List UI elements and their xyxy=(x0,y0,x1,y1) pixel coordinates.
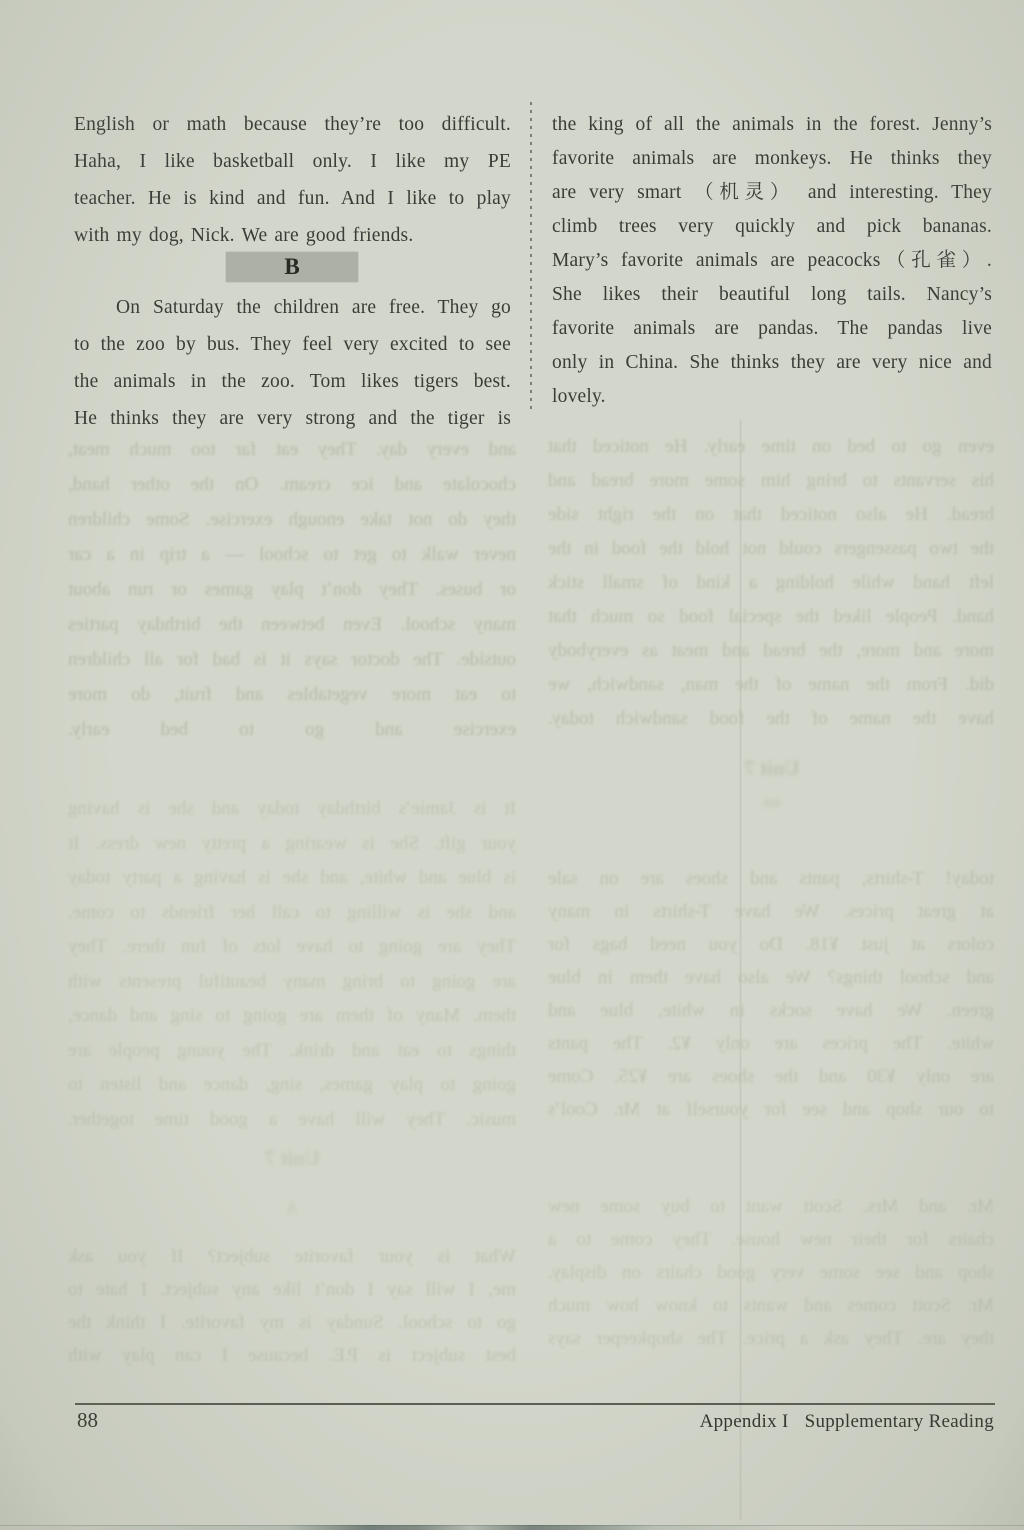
paragraph-b: On Saturday the children are free. They … xyxy=(74,289,511,437)
bleed-through-line: shop and see some very good chairs on di… xyxy=(548,1256,994,1289)
bleed-through-line: They are going to have lots of fun there… xyxy=(68,930,516,965)
bleed-through-line: hand. People liked the special food so m… xyxy=(548,600,994,634)
scanned-textbook-page: and every day. They eat far too much mea… xyxy=(0,0,1024,1530)
footer-appendix-label: Appendix I xyxy=(700,1411,789,1432)
bleed-through-line: at great prices. We have T-shirts in man… xyxy=(548,895,994,928)
bleed-through-line: Mr. and Mrs. Scott want to buy some new xyxy=(548,1190,994,1223)
bleed-through-line: did. From the name of the man, sandwich,… xyxy=(548,668,994,702)
bleed-through-line: and every day. They eat far too much mea… xyxy=(68,432,516,467)
text-line: to the zoo by bus. They feel very excite… xyxy=(74,326,511,363)
text-line: English or math because they’re too diff… xyxy=(74,106,511,143)
bleed-through-line: his servants to bring him some more brea… xyxy=(548,464,994,498)
text-line: with my dog, Nick. We are good friends. xyxy=(74,217,511,254)
bleed-through-line: many school. Even between the birthday p… xyxy=(68,607,516,642)
bleed-through-line: to eat more vegetables and fruit, do mor… xyxy=(68,677,516,712)
page-bottom-edge-shadow xyxy=(0,1525,1024,1530)
bleed-through-line: going to play games, sing, dance and lis… xyxy=(68,1068,516,1103)
text-line: He thinks they are very strong and the t… xyxy=(74,400,511,437)
bleed-through-line: they do not take enough exercise. Some c… xyxy=(68,502,516,537)
text-line: are very smart （机灵） and interesting. The… xyxy=(552,176,992,210)
bleed-through-line: to our shop and see for yourself at Mr. … xyxy=(548,1093,994,1126)
bleed-through-text-block: It is Jamie’s birthday today and she is … xyxy=(68,792,516,1137)
bleed-through-line: even go to bed on time early. He noticed… xyxy=(548,430,994,464)
bleed-through-line: best subject is P.E. because I can play … xyxy=(68,1339,516,1372)
bleed-through-line: things to eat and drink. The young peopl… xyxy=(68,1034,516,1069)
bleed-through-line: are only ¥30 and the shoes are ¥25. Come xyxy=(548,1060,994,1093)
bleed-through-unit-heading: Unit 7 xyxy=(552,756,992,781)
bleed-through-line: your gift. She is wearing a pretty new d… xyxy=(68,827,516,862)
text-line: climb trees very quickly and pick banana… xyxy=(552,210,992,244)
bleed-through-line: chairs for their new house. They come to… xyxy=(548,1223,994,1256)
bleed-through-line: It is Jamie’s birthday today and she is … xyxy=(68,792,516,827)
bleed-through-line: are going to bring many beautiful presen… xyxy=(68,965,516,1000)
bleed-through-line: exercise and go to bed early. xyxy=(68,712,516,747)
footer-rule xyxy=(75,1403,995,1405)
bleed-through-unit-heading: Unit 7 xyxy=(74,1146,511,1171)
text-line: favorite animals are monkeys. He thinks … xyxy=(552,142,992,176)
text-line: She likes their beautiful long tails. Na… xyxy=(552,278,992,312)
page-number: 88 xyxy=(77,1408,98,1433)
footer-title: Supplementary Reading xyxy=(805,1411,994,1432)
bleed-through-text-block: and every day. They eat far too much mea… xyxy=(68,432,516,747)
bleed-through-line: is blue and white, and she is having a p… xyxy=(68,861,516,896)
bleed-through-text-block: today! T-shirts, pants and shoes are on … xyxy=(548,862,994,1126)
bleed-through-line: me, I will say I don’t like any subject.… xyxy=(68,1273,516,1306)
bleed-through-line: left hand while holding a kind of small … xyxy=(548,566,994,600)
bleed-through-line: Mr. Scott comes and wants to know how mu… xyxy=(548,1289,994,1322)
text-line: the animals in the zoo. Tom likes tigers… xyxy=(74,363,511,400)
bleed-through-line: music. They will have a good time togeth… xyxy=(68,1103,516,1138)
bleed-through-line: white. The prices are only ¥2. The pants xyxy=(548,1027,994,1060)
bleed-through-line: What is your favorite subject? If you as… xyxy=(68,1240,516,1273)
bleed-through-line: the two passengers could not hold the fo… xyxy=(548,532,994,566)
bleed-through-line: chocolate and ice cream. On the other ha… xyxy=(68,467,516,502)
column-divider-dotted-line xyxy=(530,102,532,414)
paragraph-a-continuation: English or math because they’re too diff… xyxy=(74,106,511,254)
bleed-through-line: or buses. They don’t play games or run a… xyxy=(68,572,516,607)
bleed-through-line: today! T-shirts, pants and shoes are on … xyxy=(548,862,994,895)
section-b-heading: B xyxy=(226,252,358,282)
footer-caption: Appendix ISupplementary Reading xyxy=(700,1411,994,1433)
bleed-through-line: colors at just ¥18. Do you need bags for xyxy=(548,928,994,961)
bleed-through-line: go to school. Sunday is my favorite. I t… xyxy=(68,1306,516,1339)
bleed-through-line: them. Many of them are going to sing and… xyxy=(68,999,516,1034)
bleed-through-unit-sub: A xyxy=(74,1200,511,1218)
paragraph-b-continuation: the king of all the animals in the fores… xyxy=(552,108,992,414)
scan-crease-line xyxy=(740,420,741,1520)
text-line: Mary’s favorite animals are peacocks（孔雀）… xyxy=(552,244,992,278)
bleed-through-text-block: Mr. and Mrs. Scott want to buy some newc… xyxy=(548,1190,994,1355)
bleed-through-line: they are. They ask a price. The shopkeep… xyxy=(548,1322,994,1355)
bleed-through-line: bread. He also noticed that on the right… xyxy=(548,498,994,532)
text-line: On Saturday the children are free. They … xyxy=(74,289,511,326)
bleed-through-line: and she is willing to call her friends t… xyxy=(68,896,516,931)
text-line: teacher. He is kind and fun. And I like … xyxy=(74,180,511,217)
bleed-through-line: more and more, the bread and meat as eve… xyxy=(548,634,994,668)
text-line: the king of all the animals in the fores… xyxy=(552,108,992,142)
text-line: favorite animals are pandas. The pandas … xyxy=(552,312,992,346)
bleed-through-unit-sub: on xyxy=(552,794,992,812)
bleed-through-line: never walk to get to school — a trip in … xyxy=(68,537,516,572)
text-line: lovely. xyxy=(552,380,992,414)
bleed-through-line: have the name of the food sandwich today… xyxy=(548,702,994,736)
text-line: Haha, I like basketball only. I like my … xyxy=(74,143,511,180)
text-line: only in China. She thinks they are very … xyxy=(552,346,992,380)
bleed-through-text-block: even go to bed on time early. He noticed… xyxy=(548,430,994,736)
bleed-through-line: outside. The doctor says it is bad for a… xyxy=(68,642,516,677)
bleed-through-line: green. We have socks in white, blue and xyxy=(548,994,994,1027)
bleed-through-text-block: What is your favorite subject? If you as… xyxy=(68,1240,516,1372)
bleed-through-line: and school things? We also have them in … xyxy=(548,961,994,994)
